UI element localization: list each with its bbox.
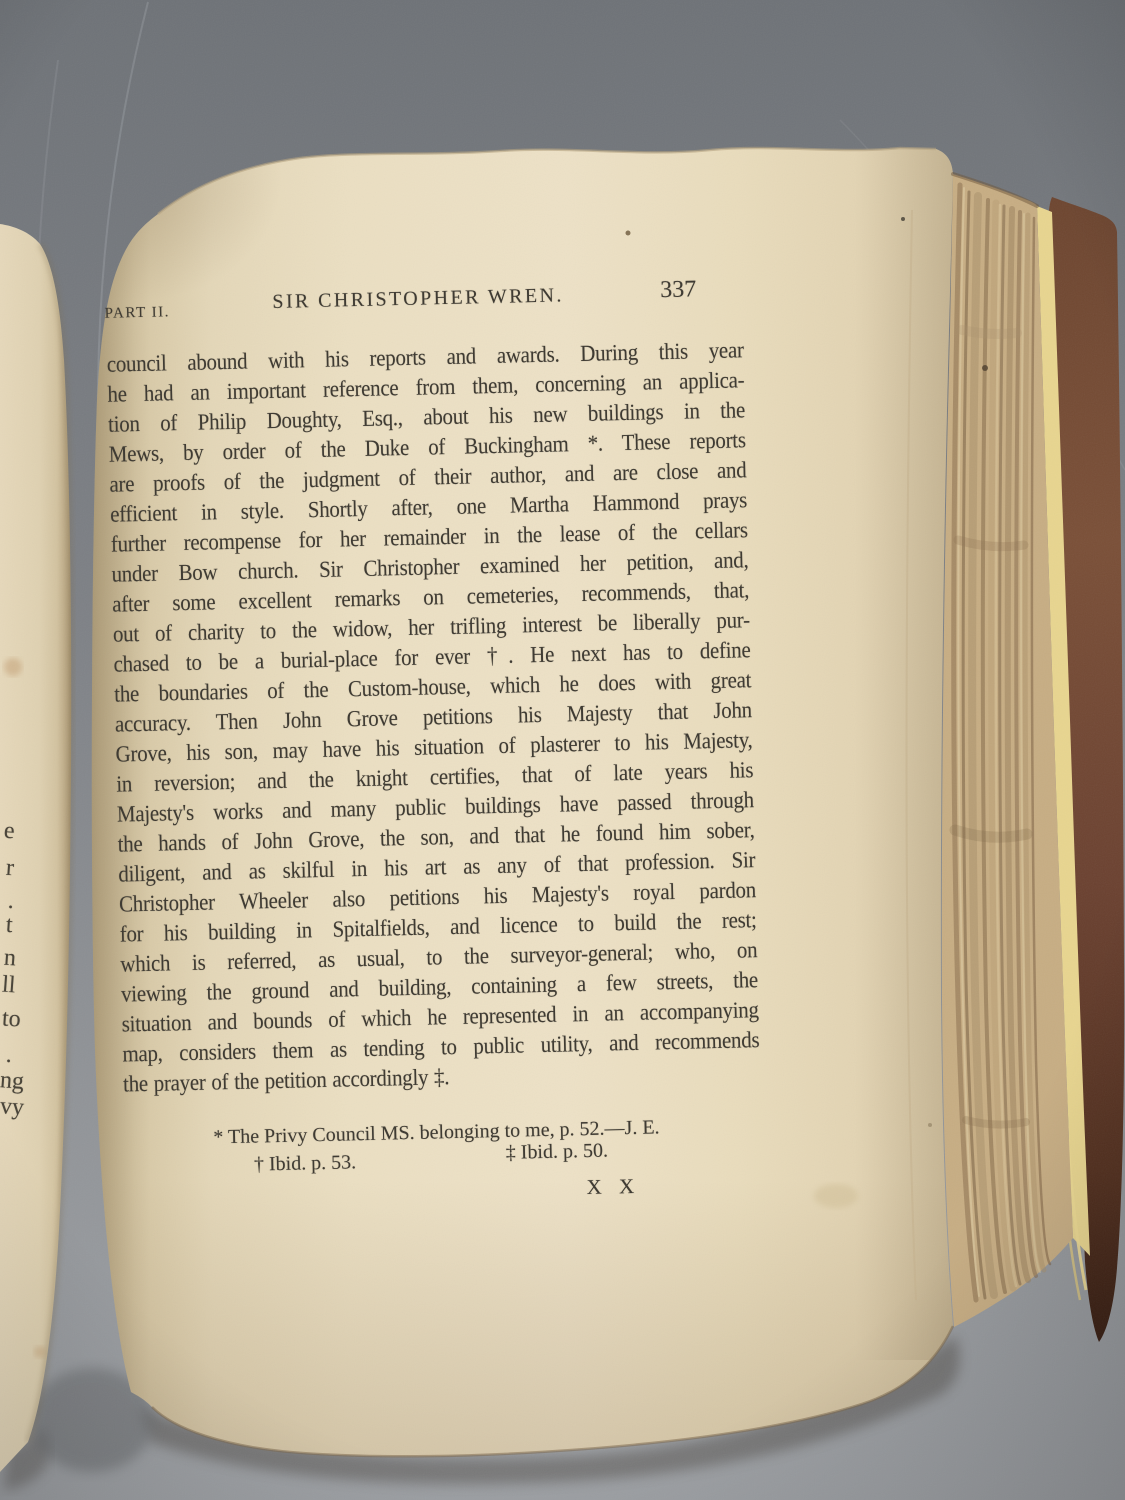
part-label: PART II. [104,304,170,322]
footnotes: * The Privy Council MS. belonging to me,… [113,1110,815,1212]
left-fragment: e [3,818,16,846]
left-fragment: vy [0,1093,25,1122]
page-number: 337 [660,276,697,304]
left-fragment: n [3,945,17,973]
book-photo-scene: e r . t n ll to . ng vy PART II. SIR CHR… [0,0,1125,1500]
running-title: SIR CHRISTOPHER WREN. [272,284,564,314]
footnote-ibid-53: † Ibid. p. 53. [254,1148,357,1178]
left-fragment: ll [1,972,16,1000]
left-fragment: . [5,1042,13,1069]
left-page-text-fragments: e r . t n ll to . ng vy [0,0,40,1500]
left-fragment: ng [0,1067,25,1096]
signature-mark: X X [586,1168,815,1201]
left-fragment: r [5,855,15,882]
left-fragment: to [1,1005,22,1033]
body-text: council abound with his reports and awar… [106,334,812,1099]
book-page-337: PART II. SIR CHRISTOPHER WREN. 337 counc… [94,270,815,1212]
left-fragment: t [5,912,14,939]
footnote-ibid-50: ‡ Ibid. p. 50. [505,1137,608,1167]
